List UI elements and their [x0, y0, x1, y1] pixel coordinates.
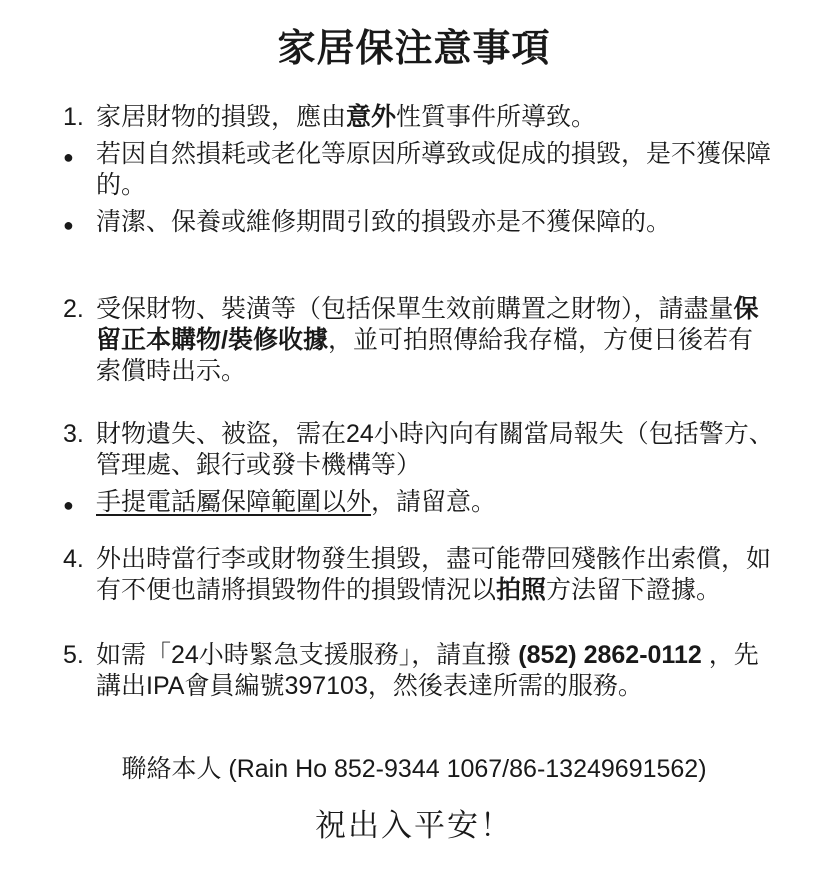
list-marker: 4. — [63, 544, 84, 575]
list-item-text: 家居財物的損毀，應由意外性質事件所導致。 — [96, 103, 596, 131]
list-marker: 1. — [63, 102, 84, 133]
bullet-item-text: 若因自然損耗或老化等原因所導致或促成的損毀，是不獲保障的。 — [96, 140, 771, 199]
list-item-text: 如需「24小時緊急支援服務」，請直撥 (852) 2862-0112 ，先講出I… — [96, 641, 759, 700]
contact-line: 聯絡本人 (Rain Ho 852-9344 1067/86-132496915… — [0, 754, 828, 785]
bullet-icon: ● — [63, 490, 74, 521]
blessing-line: 祝出入平安！ — [0, 807, 828, 845]
bullet-item-cleaning: ● 清潔、保養或維修期間引致的損毀亦是不獲保障的。 — [0, 207, 828, 238]
list-item-1: 1. 家居財物的損毀，應由意外性質事件所導致。 — [0, 102, 828, 133]
list-marker: 5. — [63, 640, 84, 671]
emphasis-hotline-number: (852) 2862-0112 — [518, 641, 701, 669]
list-marker: 3. — [63, 419, 84, 450]
list-item-text: 財物遺失、被盜，需在24小時內向有關當局報失（包括警方、管理處、銀行或發卡機構等… — [96, 420, 774, 479]
list-marker: 2. — [63, 294, 84, 325]
emphasis-photo: 拍照 — [496, 576, 546, 604]
list-item-text: 受保財物、裝潢等（包括保單生效前購置之財物），請盡量保留正本購物/裝修收據，並可… — [96, 295, 759, 385]
underlined-warning: 手提電話屬保障範圍以外 — [96, 488, 371, 516]
list-item-5: 5. 如需「24小時緊急支援服務」，請直撥 (852) 2862-0112 ，先… — [0, 640, 828, 702]
list-item-3: 3. 財物遺失、被盜，需在24小時內向有關當局報失（包括警方、管理處、銀行或發卡… — [0, 419, 828, 481]
bullet-item-text: 清潔、保養或維修期間引致的損毀亦是不獲保障的。 — [96, 208, 671, 236]
bullet-icon: ● — [63, 142, 74, 173]
list-item-4: 4. 外出時當行李或財物發生損毀，盡可能帶回殘骸作出索償，如有不便也請將損毀物件… — [0, 544, 828, 606]
page-title: 家居保注意事項 — [0, 26, 828, 72]
list-item-2: 2. 受保財物、裝潢等（包括保單生效前購置之財物），請盡量保留正本購物/裝修收據… — [0, 294, 828, 387]
bullet-item-mobile-phone: ● 手提電話屬保障範圍以外，請留意。 — [0, 487, 828, 518]
bullet-item-text: 手提電話屬保障範圍以外，請留意。 — [96, 488, 496, 516]
emphasis-accidental: 意外 — [346, 103, 396, 131]
document-page: 家居保注意事項 1. 家居財物的損毀，應由意外性質事件所導致。 ● 若因自然損耗… — [0, 0, 828, 883]
list-item-text: 外出時當行李或財物發生損毀，盡可能帶回殘骸作出索償，如有不便也請將損毀物件的損毀… — [96, 545, 771, 604]
bullet-item-wear: ● 若因自然損耗或老化等原因所導致或促成的損毀，是不獲保障的。 — [0, 139, 828, 201]
bullet-icon: ● — [63, 210, 74, 241]
